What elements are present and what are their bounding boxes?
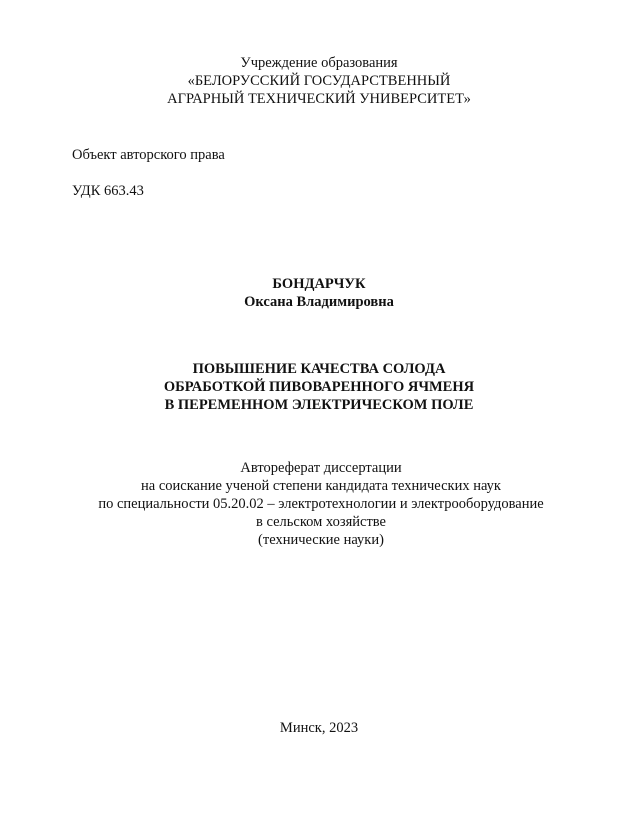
- author-block: БОНДАРЧУК Оксана Владимировна: [2, 275, 634, 311]
- specialty-line: по специальности 05.20.02 – электротехно…: [4, 495, 634, 513]
- author-surname: БОНДАРЧУК: [2, 275, 634, 293]
- institution-name-line-2: АГРАРНЫЙ ТЕХНИЧЕСКИЙ УНИВЕРСИТЕТ»: [2, 90, 634, 108]
- copyright-note: Объект авторского права: [72, 146, 225, 164]
- degree-line: на соискание ученой степени кандидата те…: [4, 477, 634, 495]
- title-line-2: ОБРАБОТКОЙ ПИВОВАРЕННОГО ЯЧМЕНЯ: [2, 378, 634, 396]
- dissertation-title: ПОВЫШЕНИЕ КАЧЕСТВА СОЛОДА ОБРАБОТКОЙ ПИВ…: [2, 360, 634, 414]
- abstract-info: Автореферат диссертации на соискание уче…: [4, 459, 634, 549]
- title-line-3: В ПЕРЕМЕННОМ ЭЛЕКТРИЧЕСКОМ ПОЛЕ: [2, 396, 634, 414]
- abstract-type: Автореферат диссертации: [4, 459, 634, 477]
- institution-name-line-1: «БЕЛОРУССКИЙ ГОСУДАРСТВЕННЫЙ: [2, 72, 634, 90]
- institution-type: Учреждение образования: [2, 54, 634, 72]
- author-given-names: Оксана Владимировна: [2, 293, 634, 311]
- science-branch: (технические науки): [4, 531, 634, 549]
- udk-code: УДК 663.43: [72, 182, 144, 200]
- institution-header: Учреждение образования «БЕЛОРУССКИЙ ГОСУ…: [2, 54, 634, 108]
- title-line-1: ПОВЫШЕНИЕ КАЧЕСТВА СОЛОДА: [2, 360, 634, 378]
- place-year: Минск, 2023: [2, 719, 634, 737]
- specialty-line-2: в сельском хозяйстве: [4, 513, 634, 531]
- document-page: Учреждение образования «БЕЛОРУССКИЙ ГОСУ…: [0, 0, 634, 820]
